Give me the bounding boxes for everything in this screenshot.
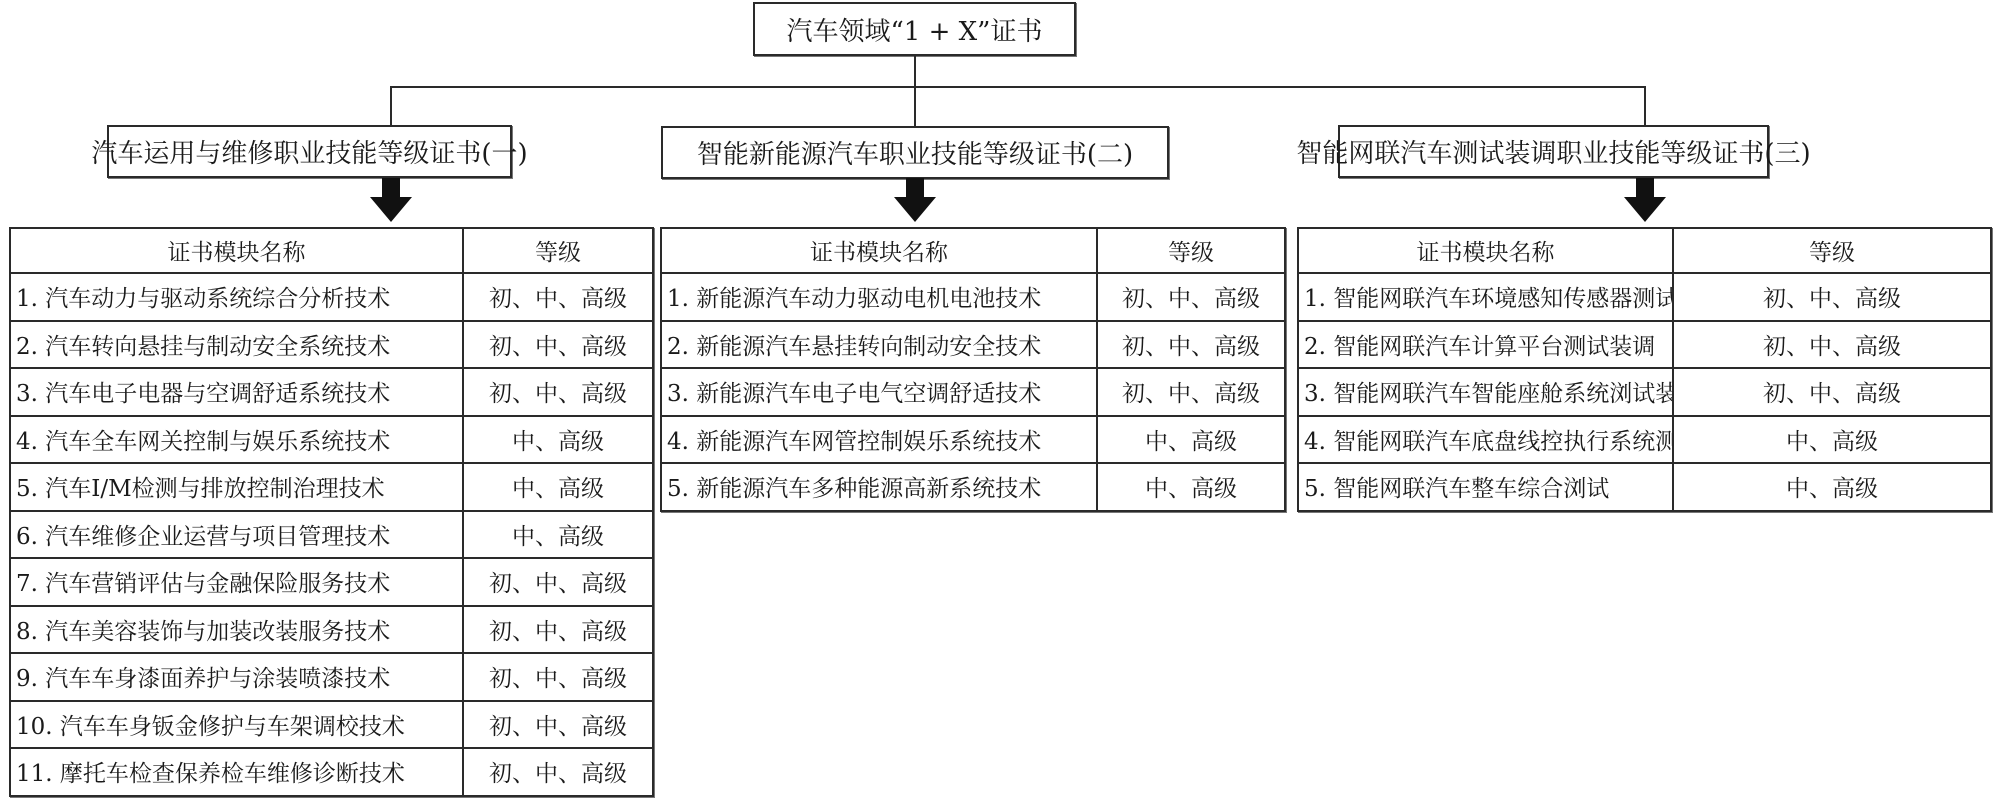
header-module-name: 证书模块名称: [661, 228, 1097, 273]
horizontal-connector: [390, 86, 1646, 88]
module-level: 初、中、高级: [463, 273, 653, 321]
branch-2-title-box: 智能新能源汽车职业技能等级证书(二): [661, 126, 1169, 179]
module-table-2: 证书模块名称 等级 1. 新能源汽车动力驱动电机电池技术初、中、高级 2. 新能…: [660, 227, 1286, 512]
module-name: 3. 汽车电子电器与空调舒适系统技术: [10, 368, 463, 416]
table-row: 8. 汽车美容装饰与加装改装服务技术初、中、高级: [10, 606, 653, 654]
table-row: 4. 汽车全车网关控制与娱乐系统技术中、高级: [10, 416, 653, 464]
branch-3-title-box: 智能网联汽车测试装调职业技能等级证书(三): [1338, 125, 1769, 178]
table-row: 6. 汽车维修企业运营与项目管理技术中、高级: [10, 511, 653, 559]
module-name: 11. 摩托车检查保养检车维修诊断技术: [10, 748, 463, 796]
table-row: 3. 新能源汽车电子电气空调舒适技术初、中、高级: [661, 368, 1285, 416]
module-table-1: 证书模块名称 等级 1. 汽车动力与驱动系统综合分析技术初、中、高级 2. 汽车…: [9, 227, 654, 797]
table-row: 5. 智能网联汽车整车综合浏试中、高级: [1298, 463, 1991, 511]
module-name: 2. 智能网联汽车计算平台测试装调: [1298, 321, 1673, 369]
module-level: 初、中、高级: [1097, 368, 1285, 416]
module-level: 初、中、高级: [463, 606, 653, 654]
module-name: 7. 汽车营销评估与金融保险服务技术: [10, 558, 463, 606]
module-level: 初、中、高级: [463, 653, 653, 701]
header-level: 等级: [1097, 228, 1285, 273]
table-row: 3. 智能网联汽车智能座舱系统浏试装调初、中、高级: [1298, 368, 1991, 416]
table-row: 9. 汽车车身漆面养护与涂装喷漆技术初、中、高级: [10, 653, 653, 701]
module-table-3: 证书模块名称 等级 1. 智能网联汽车环境感知传感器测试装调初、中、高级 2. …: [1297, 227, 1992, 512]
table-header-row: 证书模块名称 等级: [661, 228, 1285, 273]
module-level: 中、高级: [463, 416, 653, 464]
branch-1-connector: [390, 86, 392, 126]
module-name: 4. 新能源汽车网管控制娱乐系统技术: [661, 416, 1097, 464]
module-level: 中、高级: [463, 511, 653, 559]
module-level: 中、高级: [463, 463, 653, 511]
module-level: 中、高级: [1673, 416, 1991, 464]
branch-3-connector: [1644, 86, 1646, 126]
header-module-name: 证书模块名称: [10, 228, 463, 273]
module-name: 1. 汽车动力与驱动系统综合分析技术: [10, 273, 463, 321]
module-name: 10. 汽车车身钣金修护与车架调校技术: [10, 701, 463, 749]
branch-1-title: 汽车运用与维修职业技能等级证书(一): [91, 133, 527, 170]
header-module-name: 证书模块名称: [1298, 228, 1673, 273]
table-row: 4. 智能网联汽车底盘线控执行系统测试装调中、高级: [1298, 416, 1991, 464]
down-arrow-icon: [1623, 178, 1667, 223]
module-name: 6. 汽车维修企业运营与项目管理技术: [10, 511, 463, 559]
table-row: 7. 汽车营销评估与金融保险服务技术初、中、高级: [10, 558, 653, 606]
header-level: 等级: [1673, 228, 1991, 273]
module-name: 5. 智能网联汽车整车综合浏试: [1298, 463, 1673, 511]
table-row: 2. 智能网联汽车计算平台测试装调初、中、高级: [1298, 321, 1991, 369]
table-header-row: 证书模块名称 等级: [1298, 228, 1991, 273]
module-name: 5. 新能源汽车多种能源高新系统技术: [661, 463, 1097, 511]
table-row: 4. 新能源汽车网管控制娱乐系统技术中、高级: [661, 416, 1285, 464]
module-name: 3. 新能源汽车电子电气空调舒适技术: [661, 368, 1097, 416]
module-name: 9. 汽车车身漆面养护与涂装喷漆技术: [10, 653, 463, 701]
module-name: 1. 智能网联汽车环境感知传感器测试装调: [1298, 273, 1673, 321]
module-level: 中、高级: [1097, 463, 1285, 511]
down-arrow-icon: [369, 178, 413, 223]
table-row: 3. 汽车电子电器与空调舒适系统技术初、中、高级: [10, 368, 653, 416]
branch-1-title-box: 汽车运用与维修职业技能等级证书(一): [107, 125, 512, 178]
table-row: 1. 汽车动力与驱动系统综合分析技术初、中、高级: [10, 273, 653, 321]
table-row: 2. 新能源汽车悬挂转向制动安全技术初、中、高级: [661, 321, 1285, 369]
module-level: 初、中、高级: [1673, 273, 1991, 321]
branch-2-title: 智能新能源汽车职业技能等级证书(二): [697, 134, 1133, 171]
module-level: 初、中、高级: [1673, 321, 1991, 369]
module-name: 4. 智能网联汽车底盘线控执行系统测试装调: [1298, 416, 1673, 464]
table-row: 11. 摩托车检查保养检车维修诊断技术初、中、高级: [10, 748, 653, 796]
module-level: 初、中、高级: [463, 321, 653, 369]
table-header-row: 证书模块名称 等级: [10, 228, 653, 273]
table-row: 2. 汽车转向悬挂与制动安全系统技术初、中、高级: [10, 321, 653, 369]
branch-3-title: 智能网联汽车测试装调职业技能等级证书(三): [1296, 133, 1810, 170]
table-row: 5. 汽车I/M检测与排放控制治理技术中、高级: [10, 463, 653, 511]
module-level: 初、中、高级: [463, 558, 653, 606]
module-level: 初、中、高级: [1097, 273, 1285, 321]
module-level: 中、高级: [1097, 416, 1285, 464]
module-name: 1. 新能源汽车动力驱动电机电池技术: [661, 273, 1097, 321]
table-row: 1. 新能源汽车动力驱动电机电池技术初、中、高级: [661, 273, 1285, 321]
root-connector: [914, 55, 916, 126]
table-row: 5. 新能源汽车多种能源高新系统技术中、高级: [661, 463, 1285, 511]
root-label: 汽车领域“1 + X”证书: [787, 11, 1043, 48]
module-level: 初、中、高级: [1097, 321, 1285, 369]
module-level: 中、高级: [1673, 463, 1991, 511]
module-level: 初、中、高级: [463, 701, 653, 749]
module-level: 初、中、高级: [463, 368, 653, 416]
down-arrow-icon: [893, 178, 937, 223]
module-name: 8. 汽车美容装饰与加装改装服务技术: [10, 606, 463, 654]
module-name: 4. 汽车全车网关控制与娱乐系统技术: [10, 416, 463, 464]
table-row: 10. 汽车车身钣金修护与车架调校技术初、中、高级: [10, 701, 653, 749]
module-name: 2. 汽车转向悬挂与制动安全系统技术: [10, 321, 463, 369]
table-row: 1. 智能网联汽车环境感知传感器测试装调初、中、高级: [1298, 273, 1991, 321]
module-level: 初、中、高级: [1673, 368, 1991, 416]
header-level: 等级: [463, 228, 653, 273]
module-name: 5. 汽车I/M检测与排放控制治理技术: [10, 463, 463, 511]
module-name: 2. 新能源汽车悬挂转向制动安全技术: [661, 321, 1097, 369]
root-node: 汽车领域“1 + X”证书: [753, 2, 1076, 56]
module-level: 初、中、高级: [463, 748, 653, 796]
module-name: 3. 智能网联汽车智能座舱系统浏试装调: [1298, 368, 1673, 416]
